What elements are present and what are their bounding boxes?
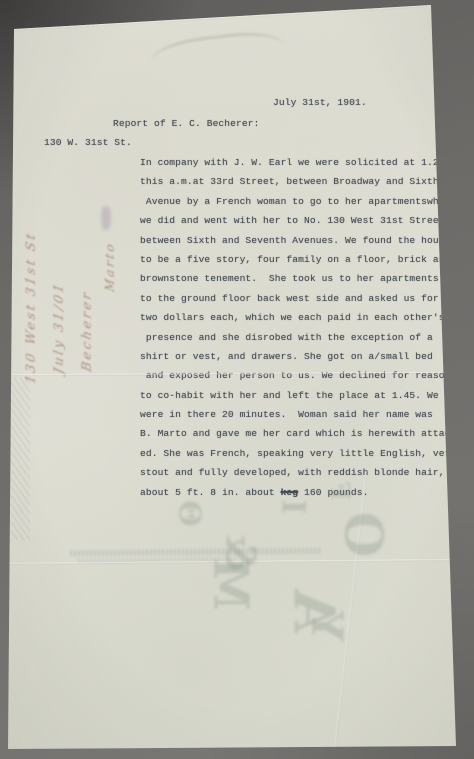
typed-text: about 5 ft. 8 in. about [140,487,281,498]
marginalia-column: Marto [103,240,117,293]
typed-line: we did and went with her to No. 130 West… [140,211,462,230]
typed-line: two dollars each, which we each paid in … [140,308,462,327]
marginalia-column: July 31/01 [52,280,67,375]
pencil-hatching [11,378,30,540]
typed-line: presence and she disrobed with the excep… [140,328,462,347]
ink-blot [101,206,111,230]
typed-line: to co-habit with her and left the place … [140,386,462,405]
paper-top-edge-highlight [14,5,431,31]
ghost-letter: Y [302,612,351,642]
typed-line: B. Marto and gave me her card which is h… [140,424,462,443]
typed-line: to be a five story, four family on a flo… [140,250,462,269]
typed-line: In company with J. W. Earl we were solic… [140,153,462,172]
typed-line: this a.m.at 33rd Street, between Broadwa… [140,172,462,191]
marginalia-column: 130 West 31st St [24,230,39,385]
document-page: 130 West 31st St July 31/01 Becherer Mar… [0,0,474,759]
corner-crease-mark [425,0,449,24]
typed-line: between Sixth and Seventh Avenues. We fo… [140,231,462,250]
typed-line: ed. She was French, speaking very little… [140,444,462,463]
photo-backdrop: 130 West 31st St July 31/01 Becherer Mar… [0,0,474,759]
typed-line: and exposed her person to us. We decline… [140,366,462,385]
typed-line: stout and fully developed, with reddish … [140,463,462,482]
address-line: 130 W. 31st St. [44,137,132,148]
report-title-line: Report of E. C. Becherer: [113,118,259,129]
ghost-letter: I [274,500,312,515]
ghost-letter: F [324,482,354,500]
ghost-letter: O [332,512,393,557]
marginalia-column: Becherer [80,289,95,373]
typed-line: to the ground floor back west side and a… [140,289,462,308]
typed-line: shirt or vest, and drawers. She got on a… [140,347,462,366]
pencil-smudge [148,28,286,80]
ghost-letter: M [203,557,259,610]
date-line: July 31st, 1901. [273,97,367,108]
typed-line: Avenue by a French woman to go to her ap… [140,192,462,211]
typed-line: brownstone tenement. She took us to her … [140,269,462,288]
typed-line: were in there 20 minutes. Woman said her… [140,405,462,424]
bleed-through-text [70,548,320,557]
ghost-letter: Θ [172,500,207,526]
strikethrough-word: keg [281,487,299,498]
typed-body: In company with J. W. Earl we were solic… [140,153,462,502]
